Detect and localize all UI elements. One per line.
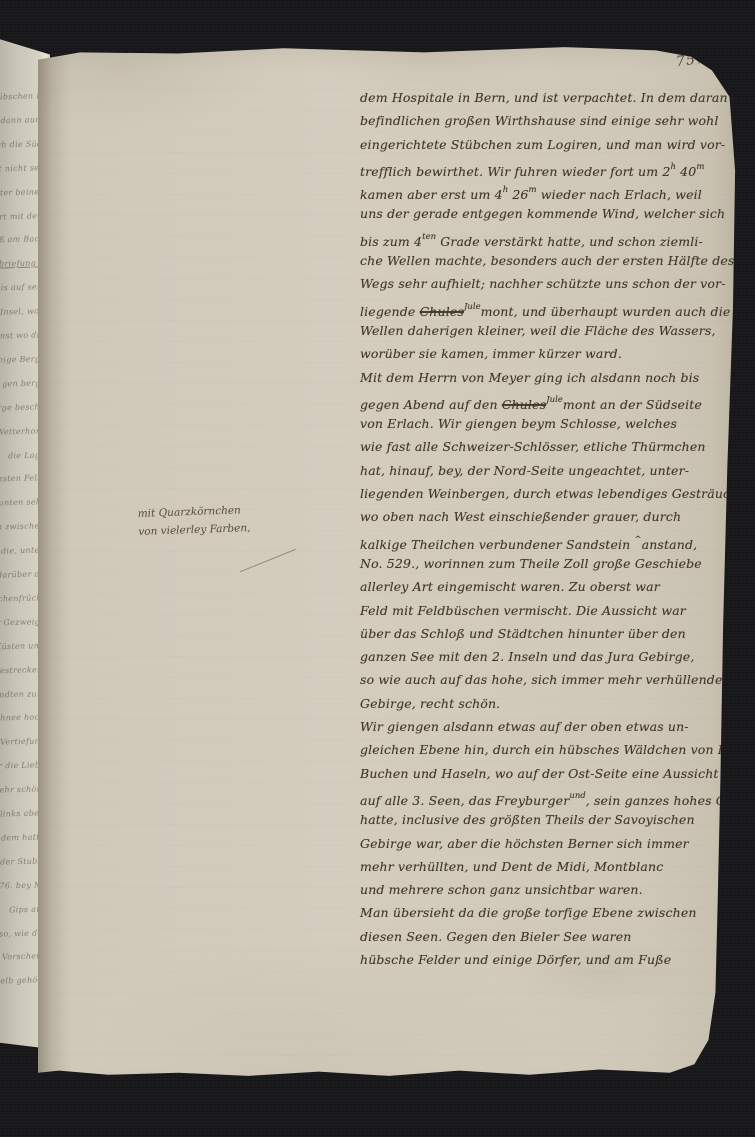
text-segment: mehr verhüllten, und Dent de Midi, Montb… (360, 859, 663, 874)
superscript-insertion: m (696, 162, 704, 172)
manuscript-line: kalkige Theilchen verbundener Sandstein … (360, 529, 732, 552)
manuscript-line: liegenden Weinbergen, durch etwas lebend… (360, 482, 732, 505)
manuscript-line: Gebirge war, aber die höchsten Berner si… (360, 832, 732, 855)
text-segment: über das Schloß und Städtchen hinunter ü… (360, 626, 686, 641)
manuscript-line: che Wellen machte, besonders auch der er… (360, 249, 732, 272)
manuscript-line: Feld mit Feldbüschen vermischt. Die Auss… (360, 599, 732, 622)
text-segment: kalkige Theilchen verbundener Sandstein (360, 537, 634, 552)
photo-background: hübschen L.und alsdann auchauch die Süd.… (0, 0, 755, 1137)
manuscript-line: allerley Art eingemischt waren. Zu obers… (360, 575, 732, 598)
struck-word: Chules (502, 397, 546, 412)
text-segment: allerley Art eingemischt waren. Zu obers… (360, 579, 660, 594)
text-segment: 26 (508, 187, 528, 202)
text-segment: Wir giengen alsdann etwas auf der oben e… (360, 719, 689, 734)
text-segment: befindlichen großen Wirthshause sind ein… (360, 113, 719, 128)
superscript-insertion: und (569, 791, 585, 801)
text-segment: von Erlach. Wir giengen beym Schlosse, w… (360, 416, 677, 431)
text-segment: Feld mit Feldbüschen vermischt. Die Auss… (360, 603, 686, 618)
manuscript-line: befindlichen großen Wirthshause sind ein… (360, 109, 732, 132)
text-segment: ganzen See mit den 2. Inseln und das Jur… (360, 649, 694, 664)
manuscript-text-block: dem Hospitale in Bern, und ist verpachte… (360, 86, 732, 971)
text-segment: mont, und überhaupt wurden auch die (481, 304, 731, 319)
folio-number: 757. (675, 50, 712, 70)
text-segment: bis zum 4 (360, 234, 422, 249)
manuscript-line: mehr verhüllten, und Dent de Midi, Montb… (360, 855, 732, 878)
manuscript-line: gleichen Ebene hin, durch ein hübsches W… (360, 738, 732, 761)
manuscript-line: ganzen See mit den 2. Inseln und das Jur… (360, 645, 732, 668)
manuscript-line: No. 529., worinnen zum Theile Zoll große… (360, 552, 732, 575)
manuscript-line: kamen aber erst um 4h 26m wieder nach Er… (360, 179, 732, 202)
manuscript-line: Buchen und Haseln, wo auf der Ost-Seite … (360, 762, 732, 785)
text-segment: diesen Seen. Gegen den Bieler See waren (360, 929, 632, 944)
superscript-insertion: Jule (546, 395, 563, 405)
manuscript-line: Wir giengen alsdann etwas auf der oben e… (360, 715, 732, 738)
manuscript-line: über das Schloß und Städtchen hinunter ü… (360, 622, 732, 645)
text-segment: Wellen daherigen kleiner, weil die Fläch… (360, 323, 716, 338)
margin-note: mit Quarzkörnchen von vielerley Farben, (137, 499, 308, 541)
manuscript-line: liegende ChulesJulemont, und überhaupt w… (360, 296, 732, 319)
manuscript-line: uns der gerade entgegen kommende Wind, w… (360, 202, 732, 225)
manuscript-line: trefflich bewirthet. Wir fuhren wieder f… (360, 156, 732, 179)
text-segment: eingerichtete Stübchen zum Logiren, und … (360, 137, 725, 152)
text-segment: auf alle 3. Seen, das Freyburger (360, 793, 569, 808)
text-segment: Grade verstärkt hatte, und schon ziemli- (436, 234, 703, 249)
manuscript-line: hatte, inclusive des größten Theils der … (360, 808, 732, 831)
manuscript-line: Mit dem Herrn von Meyer ging ich alsdann… (360, 366, 732, 389)
text-segment: liegenden Weinbergen, durch etwas lebend… (360, 486, 750, 501)
text-segment: Gebirge war, aber die höchsten Berner si… (360, 836, 689, 851)
text-segment: Gebirge, recht schön. (360, 696, 500, 711)
manuscript-page: 757. dem Hospitale in Bern, und ist verp… (38, 44, 740, 1098)
manuscript-line: hübsche Felder und einige Dörfer, und am… (360, 948, 732, 971)
manuscript-line: worüber sie kamen, immer kürzer ward. (360, 342, 732, 365)
manuscript-line: diesen Seen. Gegen den Bieler See waren (360, 925, 732, 948)
pencil-stroke (240, 549, 296, 572)
text-segment: trefflich bewirthet. Wir fuhren wieder f… (360, 164, 670, 179)
superscript-insertion: m (529, 185, 537, 195)
text-segment: anstand, (642, 537, 698, 552)
text-segment: che Wellen machte, besonders auch der er… (360, 253, 735, 268)
text-segment: so wie auch auf das hohe, sich immer meh… (360, 672, 723, 687)
manuscript-line: Man übersieht da die große torfige Ebene… (360, 901, 732, 924)
text-segment: dem Hospitale in Bern, und ist verpachte… (360, 90, 728, 105)
manuscript-line: wie fast alle Schweizer-Schlösser, etlic… (360, 435, 732, 458)
manuscript-line: dem Hospitale in Bern, und ist verpachte… (360, 86, 732, 109)
superscript-insertion: Jule (464, 302, 481, 312)
text-segment: wieder nach Erlach, weil (537, 187, 702, 202)
text-segment: hat, hinauf, bey, der Nord-Seite ungeach… (360, 463, 689, 478)
manuscript-line: eingerichtete Stübchen zum Logiren, und … (360, 133, 732, 156)
text-segment: , sein ganzes hohes Gebirge (586, 793, 755, 808)
text-segment: wie fast alle Schweizer-Schlösser, etlic… (360, 439, 706, 454)
text-segment: liegende (360, 304, 420, 319)
manuscript-line: Wellen daherigen kleiner, weil die Fläch… (360, 319, 732, 342)
manuscript-line: so wie auch auf das hohe, sich immer meh… (360, 668, 732, 691)
text-segment: und mehrere schon ganz unsichtbar waren. (360, 882, 643, 897)
text-segment: gleichen Ebene hin, durch ein hübsches W… (360, 742, 755, 757)
manuscript-line: Gebirge, recht schön. (360, 692, 732, 715)
text-segment: mont an der Südseite (563, 397, 702, 412)
manuscript-line: Wegs sehr aufhielt; nachher schützte uns… (360, 272, 732, 295)
text-segment: 40 (676, 164, 696, 179)
text-segment: wo oben nach West einschießender grauer,… (360, 509, 681, 524)
text-segment: hübsche Felder und einige Dörfer, und am… (360, 952, 671, 967)
manuscript-line: und mehrere schon ganz unsichtbar waren. (360, 878, 732, 901)
text-segment: No. 529., worinnen zum Theile Zoll große… (360, 556, 702, 571)
text-segment: hatte, inclusive des größten Theils der … (360, 812, 695, 827)
manuscript-line: von Erlach. Wir giengen beym Schlosse, w… (360, 412, 732, 435)
text-segment: Man übersieht da die große torfige Ebene… (360, 905, 697, 920)
manuscript-line: gegen Abend auf den ChulesJulemont an de… (360, 389, 732, 412)
superscript-insertion: ten (422, 232, 436, 242)
superscript-insertion: ^ (634, 535, 641, 545)
text-segment: uns der gerade entgegen kommende Wind, w… (360, 206, 725, 221)
struck-word: Chules (420, 304, 464, 319)
text-segment: Wegs sehr aufhielt; nachher schützte uns… (360, 276, 726, 291)
text-segment: Buchen und Haseln, wo auf der Ost-Seite … (360, 766, 719, 781)
text-segment: Mit dem Herrn von Meyer ging ich alsdann… (360, 370, 699, 385)
manuscript-line: auf alle 3. Seen, das Freyburgerund, sei… (360, 785, 732, 808)
manuscript-line: bis zum 4ten Grade verstärkt hatte, und … (360, 226, 732, 249)
manuscript-line: hat, hinauf, bey, der Nord-Seite ungeach… (360, 459, 732, 482)
text-segment: gegen Abend auf den (360, 397, 502, 412)
text-segment: worüber sie kamen, immer kürzer ward. (360, 346, 622, 361)
text-segment: kamen aber erst um 4 (360, 187, 503, 202)
manuscript-line: wo oben nach West einschießender grauer,… (360, 505, 732, 528)
